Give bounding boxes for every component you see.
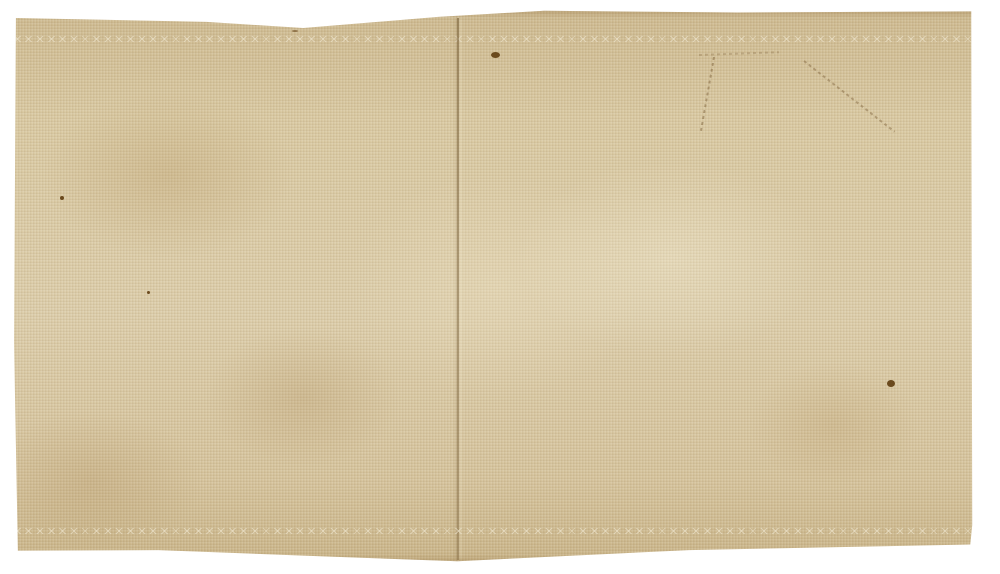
stain-spot	[491, 52, 500, 58]
stain-spot	[60, 196, 64, 200]
stain-spot	[292, 30, 298, 32]
top-edge	[14, 8, 978, 18]
photo-scene	[0, 0, 1000, 574]
pencil-mark	[803, 60, 895, 132]
fabric-armband	[14, 8, 978, 564]
pencil-mark	[699, 51, 779, 56]
pencil-mark	[700, 57, 715, 131]
top-zigzag-hem	[14, 36, 978, 42]
stain-spot	[147, 291, 150, 294]
stain-spot	[887, 380, 895, 387]
bottom-zigzag-hem	[14, 528, 978, 534]
bottom-edge	[14, 554, 978, 564]
center-fold-seam	[457, 18, 459, 560]
